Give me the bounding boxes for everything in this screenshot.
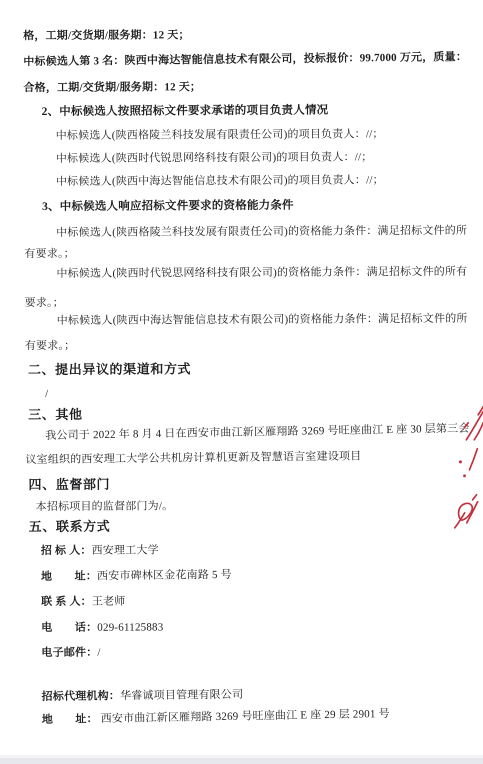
contact-row-person: 联 系 人：王老师 — [41, 595, 125, 609]
document-content: 格，工期/交货期/服务期：12 天； 中标候选人第 3 名：陕西中海达智能信息技… — [0, 0, 483, 764]
red-handwriting-mark — [452, 404, 483, 534]
agency-value-address: 西安市曲江新区雁翔路 3269 号旺座曲江 E 座 29 层 2901 号 — [101, 708, 390, 725]
doc-line-qualification-gelinglan: 中标候选人(陕西格陵兰科技发展有限责任公司)的资格能力条件：满足招标文件的所 — [56, 224, 467, 240]
doc-line-qualification-zhonghaida: 中标候选人(陕西中海达智能信息技术有限公司)的资格能力条件：满足招标文件的所 — [57, 312, 468, 328]
contact-label-phone: 电 话： — [41, 622, 97, 634]
agency-row-name: 招标代理机构：华睿诚项目管理有限公司 — [42, 688, 244, 704]
contact-label-email: 电子邮件： — [41, 647, 97, 659]
contact-value-person: 王老师 — [92, 596, 126, 608]
contact-row-email: 电子邮件：/ — [41, 646, 100, 660]
contact-label-tenderee: 招 标 人： — [41, 545, 92, 557]
doc-line-candidate-3: 中标候选人第 3 名：陕西中海达智能信息技术有限公司，投标报价：99.7000 … — [23, 50, 467, 69]
doc-subheading-project-leaders: 2、中标候选人按照招标文件要求承诺的项目负责人情况 — [42, 104, 329, 120]
agency-value-name: 华睿诚项目管理有限公司 — [120, 689, 243, 702]
contact-row-address: 地 址：西安市碑林区金花南路 5 号 — [41, 568, 232, 584]
agency-row-address: 地 址： 西安市曲江新区雁翔路 3269 号旺座曲江 E 座 29 层 2901… — [42, 707, 390, 727]
section-objection-body: / — [45, 387, 48, 401]
section-other-body-line-1: 我公司于 2022 年 8 月 4 日在西安市曲江新区雁翔路 3269 号旺座曲… — [45, 422, 470, 443]
doc-line-leader-shidairuisi: 中标候选人(陕西时代锐思网络科技有限公司)的项目负责人：//； — [56, 150, 373, 166]
page-bottom-edge — [0, 758, 483, 764]
section-heading-supervision: 四、监督部门 — [29, 478, 111, 492]
contact-row-tenderee: 招 标 人：西安理工大学 — [41, 543, 159, 558]
section-supervision-body: 本招标项目的监督部门为/。 — [36, 499, 174, 514]
doc-line-qualification-shidairuisi: 中标候选人(陕西时代锐思网络科技有限公司)的资格能力条件：满足招标文件的所有 — [56, 265, 467, 281]
contact-value-address: 西安市碑林区金花南路 5 号 — [97, 569, 232, 583]
section-heading-other: 三、其他 — [28, 408, 82, 422]
section-heading-contact: 五、联系方式 — [29, 520, 111, 534]
scanned-document-page: 格，工期/交货期/服务期：12 天； 中标候选人第 3 名：陕西中海达智能信息技… — [0, 0, 483, 764]
doc-line-period-continuation-1: 格，工期/交货期/服务期：12 天； — [23, 28, 190, 43]
section-other-body-line-2: 议室组织的西安理工大学公共机房计算机更新及智慧语言室建设项目 — [25, 449, 361, 467]
doc-line-period-continuation-2: 合格，工期/交货期/服务期：12 天； — [23, 80, 201, 95]
contact-value-tenderee: 西安理工大学 — [92, 544, 159, 556]
contact-label-address: 地 址： — [41, 570, 97, 583]
section-heading-objection: 二、提出异议的渠道和方式 — [28, 362, 191, 377]
contact-value-phone: 029-61125883 — [97, 621, 163, 633]
agency-label-address: 地 址： — [42, 713, 98, 726]
contact-label-person: 联 系 人： — [41, 596, 92, 608]
contact-row-phone: 电 话：029-61125883 — [41, 620, 163, 635]
doc-line-leader-zhonghaida: 中标候选人(陕西中海达智能信息技术有限公司)的项目负责人：//； — [56, 173, 384, 189]
doc-line-leader-gelinglan: 中标候选人(陕西格陵兰科技发展有限责任公司)的项目负责人：//； — [56, 127, 384, 143]
doc-line-qualification-zhonghaida-wrap: 有要求。； — [25, 339, 76, 353]
doc-subheading-qualifications: 3、中标候选人响应招标文件要求的资格能力条件 — [42, 199, 294, 214]
agency-label-name: 招标代理机构： — [42, 690, 121, 703]
contact-value-email: / — [97, 647, 100, 659]
doc-line-qualification-gelinglan-wrap: 有要求。； — [24, 247, 75, 261]
doc-line-qualification-shidairuisi-wrap: 要求。； — [25, 296, 64, 310]
